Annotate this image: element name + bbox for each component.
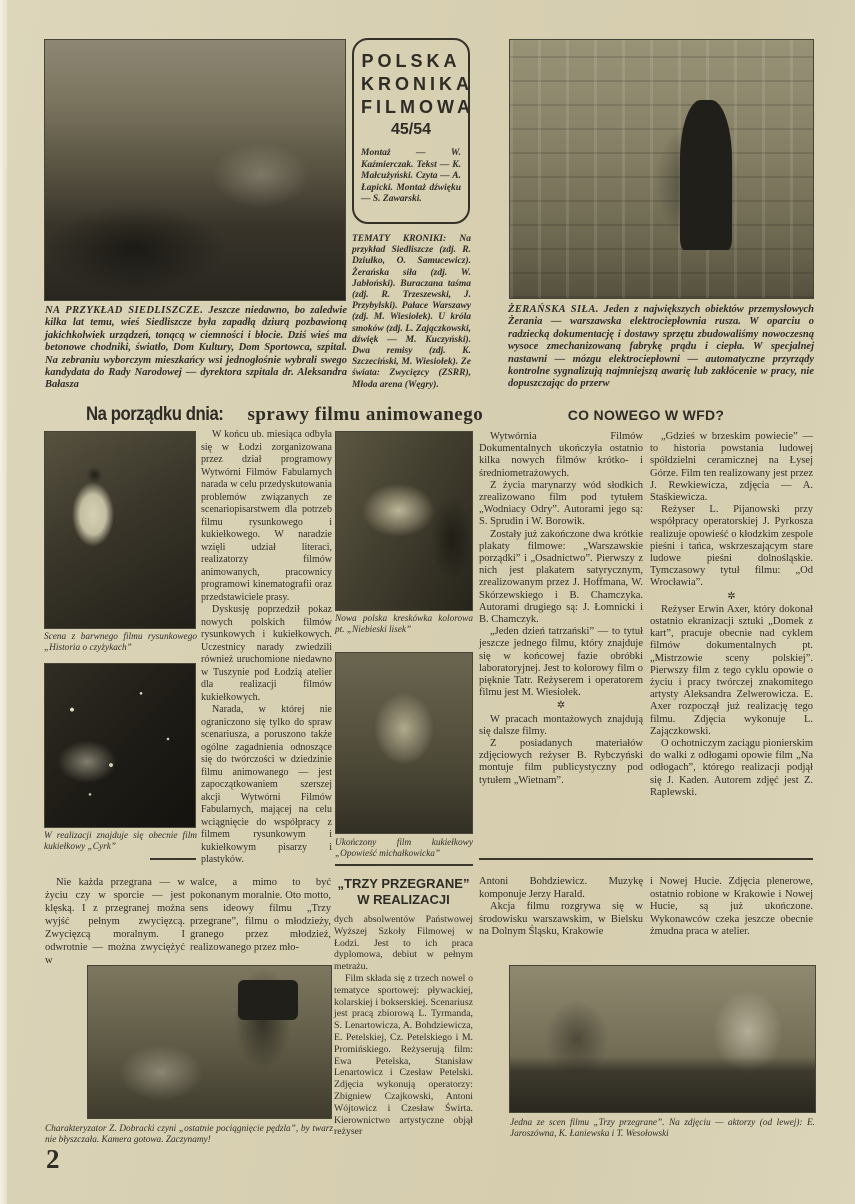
animation-article-column: W końcu ub. miesiąca odbyła się w Łodzi …	[201, 429, 332, 867]
headline-rest: sprawy filmu animowanego	[242, 404, 483, 425]
body-paragraph: Akcja filmu rozgrywa się w środowisku wa…	[479, 901, 643, 939]
intro-paragraph: walce, a mimo to być pokonanym moralnie.…	[190, 876, 331, 954]
trzy-przegrane-intro-right: walce, a mimo to być pokonanym moralnie.…	[190, 876, 331, 954]
animation-article-headline: Na porządku dnia: sprawy filmu animowane…	[86, 404, 486, 426]
zeranska-caption-text: Jeden z największych obiektów przemysłow…	[508, 304, 814, 389]
trzy-przegrane-headline: „TRZY PRZEGRANE” W REALIZACJI	[334, 876, 473, 908]
masthead-title-line2: KRONIKA	[361, 73, 461, 96]
czyzyki-caption: Scena z barwnego filmu rysunkowego „Hist…	[44, 632, 197, 654]
masthead-title-line3: FILMOWA	[361, 96, 461, 119]
center-section-rule	[335, 864, 473, 866]
star-separator: ✲	[479, 700, 643, 712]
power-plant-photo	[510, 40, 813, 298]
animation-paragraph: W końcu ub. miesiąca odbyła się w Łodzi …	[201, 429, 332, 604]
zeranska-caption-lead: ŻERAŃSKA SIŁA.	[508, 304, 599, 315]
animation-paragraph: Dyskusję poprzedził pokaz nowych polskic…	[201, 604, 332, 704]
masthead-box: POLSKA KRONIKA FILMOWA 45/54 Montaż — W.…	[352, 38, 470, 224]
wfd-paragraph: „Jeden dzień tatrzański” — to tytuł jesz…	[479, 626, 643, 699]
film-set-caption: Charakteryzator Z. Dobracki czyni „ostat…	[45, 1124, 333, 1146]
trzy-przegrane-right-column-2: i Nowej Hucie. Zdjęcia plenerowe, ostatn…	[650, 876, 813, 939]
body-paragraph: dych absolwentów Państwowej Wyższej Szko…	[334, 914, 473, 973]
animation-paragraph: Narada, w której nie ograniczono się tyl…	[201, 704, 332, 867]
camera-silhouette	[238, 980, 298, 1020]
siedliszcze-caption: NA PRZYKŁAD SIEDLISZCZE. Jeszcze niedawn…	[45, 305, 347, 392]
trzy-przegrane-intro-left: Nie każda przegrana — w życiu czy w spor…	[45, 876, 185, 967]
headline-line1: „TRZY PRZEGRANE”	[334, 876, 473, 892]
masthead-issue-number: 45/54	[361, 121, 461, 139]
body-paragraph: Film składa się z trzech nowel o tematyc…	[334, 973, 473, 1138]
czyzyki-cartoon-still	[45, 432, 195, 628]
caption-end-rule	[150, 858, 196, 860]
cyrk-caption: W realizacji znajduje się obecnie film k…	[44, 831, 197, 853]
siedliszcze-caption-lead: NA PRZYKŁAD SIEDLISZCZE.	[45, 305, 203, 316]
topics-label: TEMATY KRONIKI:	[352, 234, 446, 244]
cyrk-puppet-still	[45, 664, 195, 827]
wfd-paragraph: W pracach montażowych znajdują się dalsz…	[479, 714, 643, 738]
michalkowicka-puppet-still	[336, 653, 472, 833]
headline-prefix: Na porządku dnia:	[86, 404, 223, 426]
masthead-title-line1: POLSKA	[361, 50, 461, 73]
trzy-przegrane-body-column: dych absolwentów Państwowej Wyższej Szko…	[334, 914, 473, 1138]
wfd-paragraph: Reżyser Erwin Axer, który dokonał ostatn…	[650, 604, 813, 738]
scan-edge	[0, 0, 7, 1204]
body-paragraph: Antoni Bohdziewicz. Muzykę komponuje Jer…	[479, 876, 643, 901]
siedliszcze-caption-text: Jeszcze niedawno, bo zaledwie kilka lat …	[45, 305, 347, 390]
newsreel-topics: TEMATY KRONIKI: Na przykład Siedliszcze …	[352, 234, 471, 391]
page-number: 2	[46, 1144, 60, 1175]
wfd-paragraph: Reżyser L. Pijanowski przy współpracy op…	[650, 504, 813, 589]
wfd-column-2: „Gdzieś w brzeskim powiecie” — to histor…	[650, 431, 813, 799]
topics-text: Na przykład Siedliszcze (zdj. R. Dziułko…	[352, 234, 471, 390]
zeranska-caption: ŻERAŃSKA SIŁA. Jeden z największych obie…	[508, 304, 814, 391]
wfd-paragraph: „Gdzieś w brzeskim powiecie” — to histor…	[650, 431, 813, 504]
wfd-column-1: Wytwórnia Filmów Dokumentalnych ukończył…	[479, 431, 643, 787]
wfd-paragraph: Wytwórnia Filmów Dokumentalnych ukończył…	[479, 431, 643, 480]
niebieski-lisek-still	[336, 432, 472, 610]
wfd-paragraph: O ochotniczym zaciągu pionierskim do wal…	[650, 738, 813, 799]
masthead-credits: Montaż — W. Kaźmierczak. Tekst — K. Małc…	[361, 148, 461, 206]
wfd-paragraph: Z posiadanych materiałów zdjęciowych reż…	[479, 738, 643, 787]
magazine-page: POLSKA KRONIKA FILMOWA 45/54 Montaż — W.…	[0, 0, 855, 1204]
wfd-headline: CO NOWEGO W WFD?	[479, 407, 813, 423]
lisek-caption: Nowa polska kreskówka kolorowa pt. „Nieb…	[335, 614, 473, 636]
wfd-paragraph: Z życia marynarzy wód słodkich zrealizow…	[479, 480, 643, 529]
film-set-photo	[88, 966, 331, 1118]
wfd-section-rule	[479, 858, 813, 860]
intro-paragraph: Nie każda przegrana — w życiu czy w spor…	[45, 876, 185, 967]
star-separator: ✲	[650, 591, 813, 603]
headline-line2: W REALIZACJI	[334, 892, 473, 908]
film-scene-caption: Jedna ze scen filmu „Trzy przegrane”. Na…	[510, 1118, 815, 1140]
worker-silhouette	[680, 100, 732, 250]
wfd-paragraph: Zostały już zakończone dwa krótkie plaka…	[479, 529, 643, 627]
trzy-przegrane-right-column-1: Antoni Bohdziewicz. Muzykę komponuje Jer…	[479, 876, 643, 939]
village-meeting-photo	[45, 40, 345, 300]
body-paragraph: i Nowej Hucie. Zdjęcia plenerowe, ostatn…	[650, 876, 813, 939]
michalkowicka-caption: Ukończony film kukiełkowy „Opowieść mich…	[335, 838, 473, 860]
film-scene-photo	[510, 966, 815, 1112]
